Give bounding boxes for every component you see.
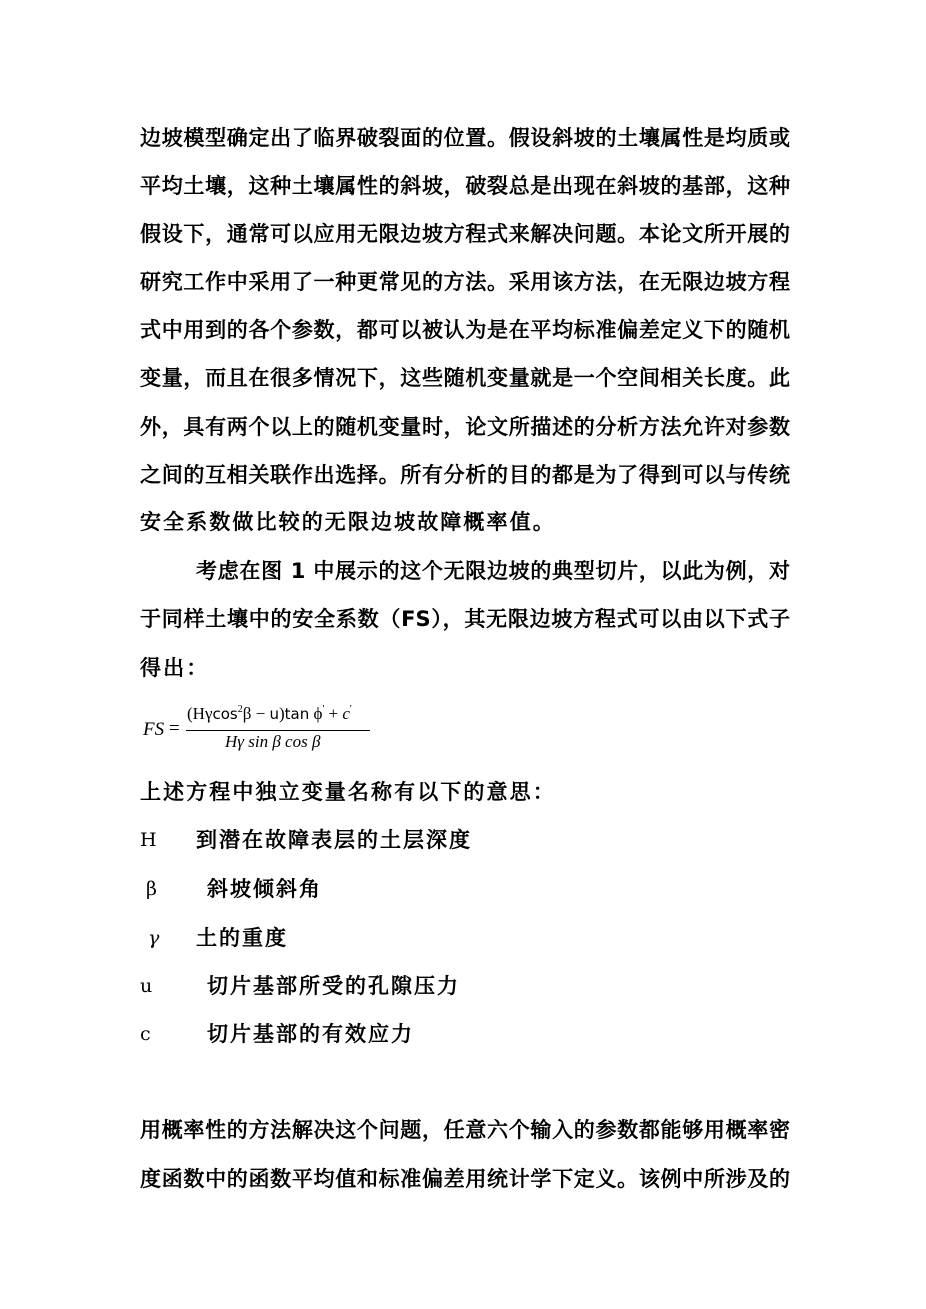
formula-num-c: c <box>342 704 350 723</box>
text-line: 变量，而且在很多情况下，这些随机变量就是一个空间相关长度。此 <box>140 363 790 393</box>
formula-num-cos: cos <box>212 705 237 723</box>
formula-num-plus: + <box>324 704 342 723</box>
variable-description: 切片基部的有效应力 <box>207 1019 414 1049</box>
text-line: 式中用到的各个参数，都可以被认为是在平均标准偏差定义下的随机 <box>140 315 790 345</box>
formula-lhs: FS <box>143 719 164 741</box>
fraction-bar <box>186 730 370 731</box>
variables-intro: 上述方程中独立变量名称有以下的意思： <box>140 777 790 807</box>
text-line: 安全系数做比较的无限边坡故障概率值。 <box>140 507 790 537</box>
safety-factor-formula: FS = (Hγcos2β − u)tan ϕ' + c' Hγ sin β c… <box>143 704 383 760</box>
formula-num-phi: ϕ <box>309 704 322 723</box>
formula-den-text: Hγ sin β cos β <box>225 732 320 751</box>
variable-symbol: c <box>140 1019 151 1049</box>
formula-num-tan: tan <box>285 705 310 723</box>
text-line: 研究工作中采用了一种更常见的方法。采用该方法，在无限边坡方程 <box>140 267 790 297</box>
text-line: 之间的互相关联作出选择。所有分析的目的都是为了得到可以与传统 <box>140 460 790 490</box>
formula-num-beta: β − <box>243 704 270 723</box>
variable-symbol: u <box>140 971 152 1001</box>
text-line-indented: 考虑在图 1 中展示的这个无限边坡的典型切片，以此为例，对 <box>140 556 790 586</box>
variable-symbol: H <box>140 825 157 855</box>
formula-denominator: Hγ sin β cos β <box>225 732 320 752</box>
text-line: 假设下，通常可以应用无限边坡方程式来解决问题。本论文所开展的 <box>140 219 790 249</box>
variable-symbol: γ <box>148 923 159 953</box>
text-line: 于同样土壤中的安全系数（FS），其无限边坡方程式可以由以下式子 <box>140 604 790 634</box>
text-line: 用概率性的方法解决这个问题，任意六个输入的参数都能够用概率密 <box>140 1115 790 1145</box>
variable-description: 斜坡倾斜角 <box>207 874 322 904</box>
formula-equals: = <box>169 718 180 740</box>
text-line: 平均土壤，这种土壤属性的斜坡，破裂总是出现在斜坡的基部，这种 <box>140 171 790 201</box>
variable-description: 到潜在故障表层的土层深度 <box>196 825 472 855</box>
text-line: 得出： <box>140 653 790 683</box>
text-line: 外，具有两个以上的随机变量时，论文所描述的分析方法允许对参数 <box>140 412 790 442</box>
variable-symbol: β <box>146 874 157 904</box>
formula-numerator: (Hγcos2β − u)tan ϕ' + c' <box>187 704 352 724</box>
text-line: 边坡模型确定出了临界破裂面的位置。假设斜坡的土壤属性是均质或 <box>140 123 790 153</box>
variable-description: 土的重度 <box>196 923 288 953</box>
text-line: 度函数中的函数平均值和标准偏差用统计学下定义。该例中所涉及的 <box>140 1164 790 1194</box>
formula-num-prime: ' <box>350 704 352 715</box>
formula-num-u: u <box>269 705 279 723</box>
formula-num-open: (Hγ <box>187 704 212 723</box>
variable-description: 切片基部所受的孔隙压力 <box>207 971 460 1001</box>
